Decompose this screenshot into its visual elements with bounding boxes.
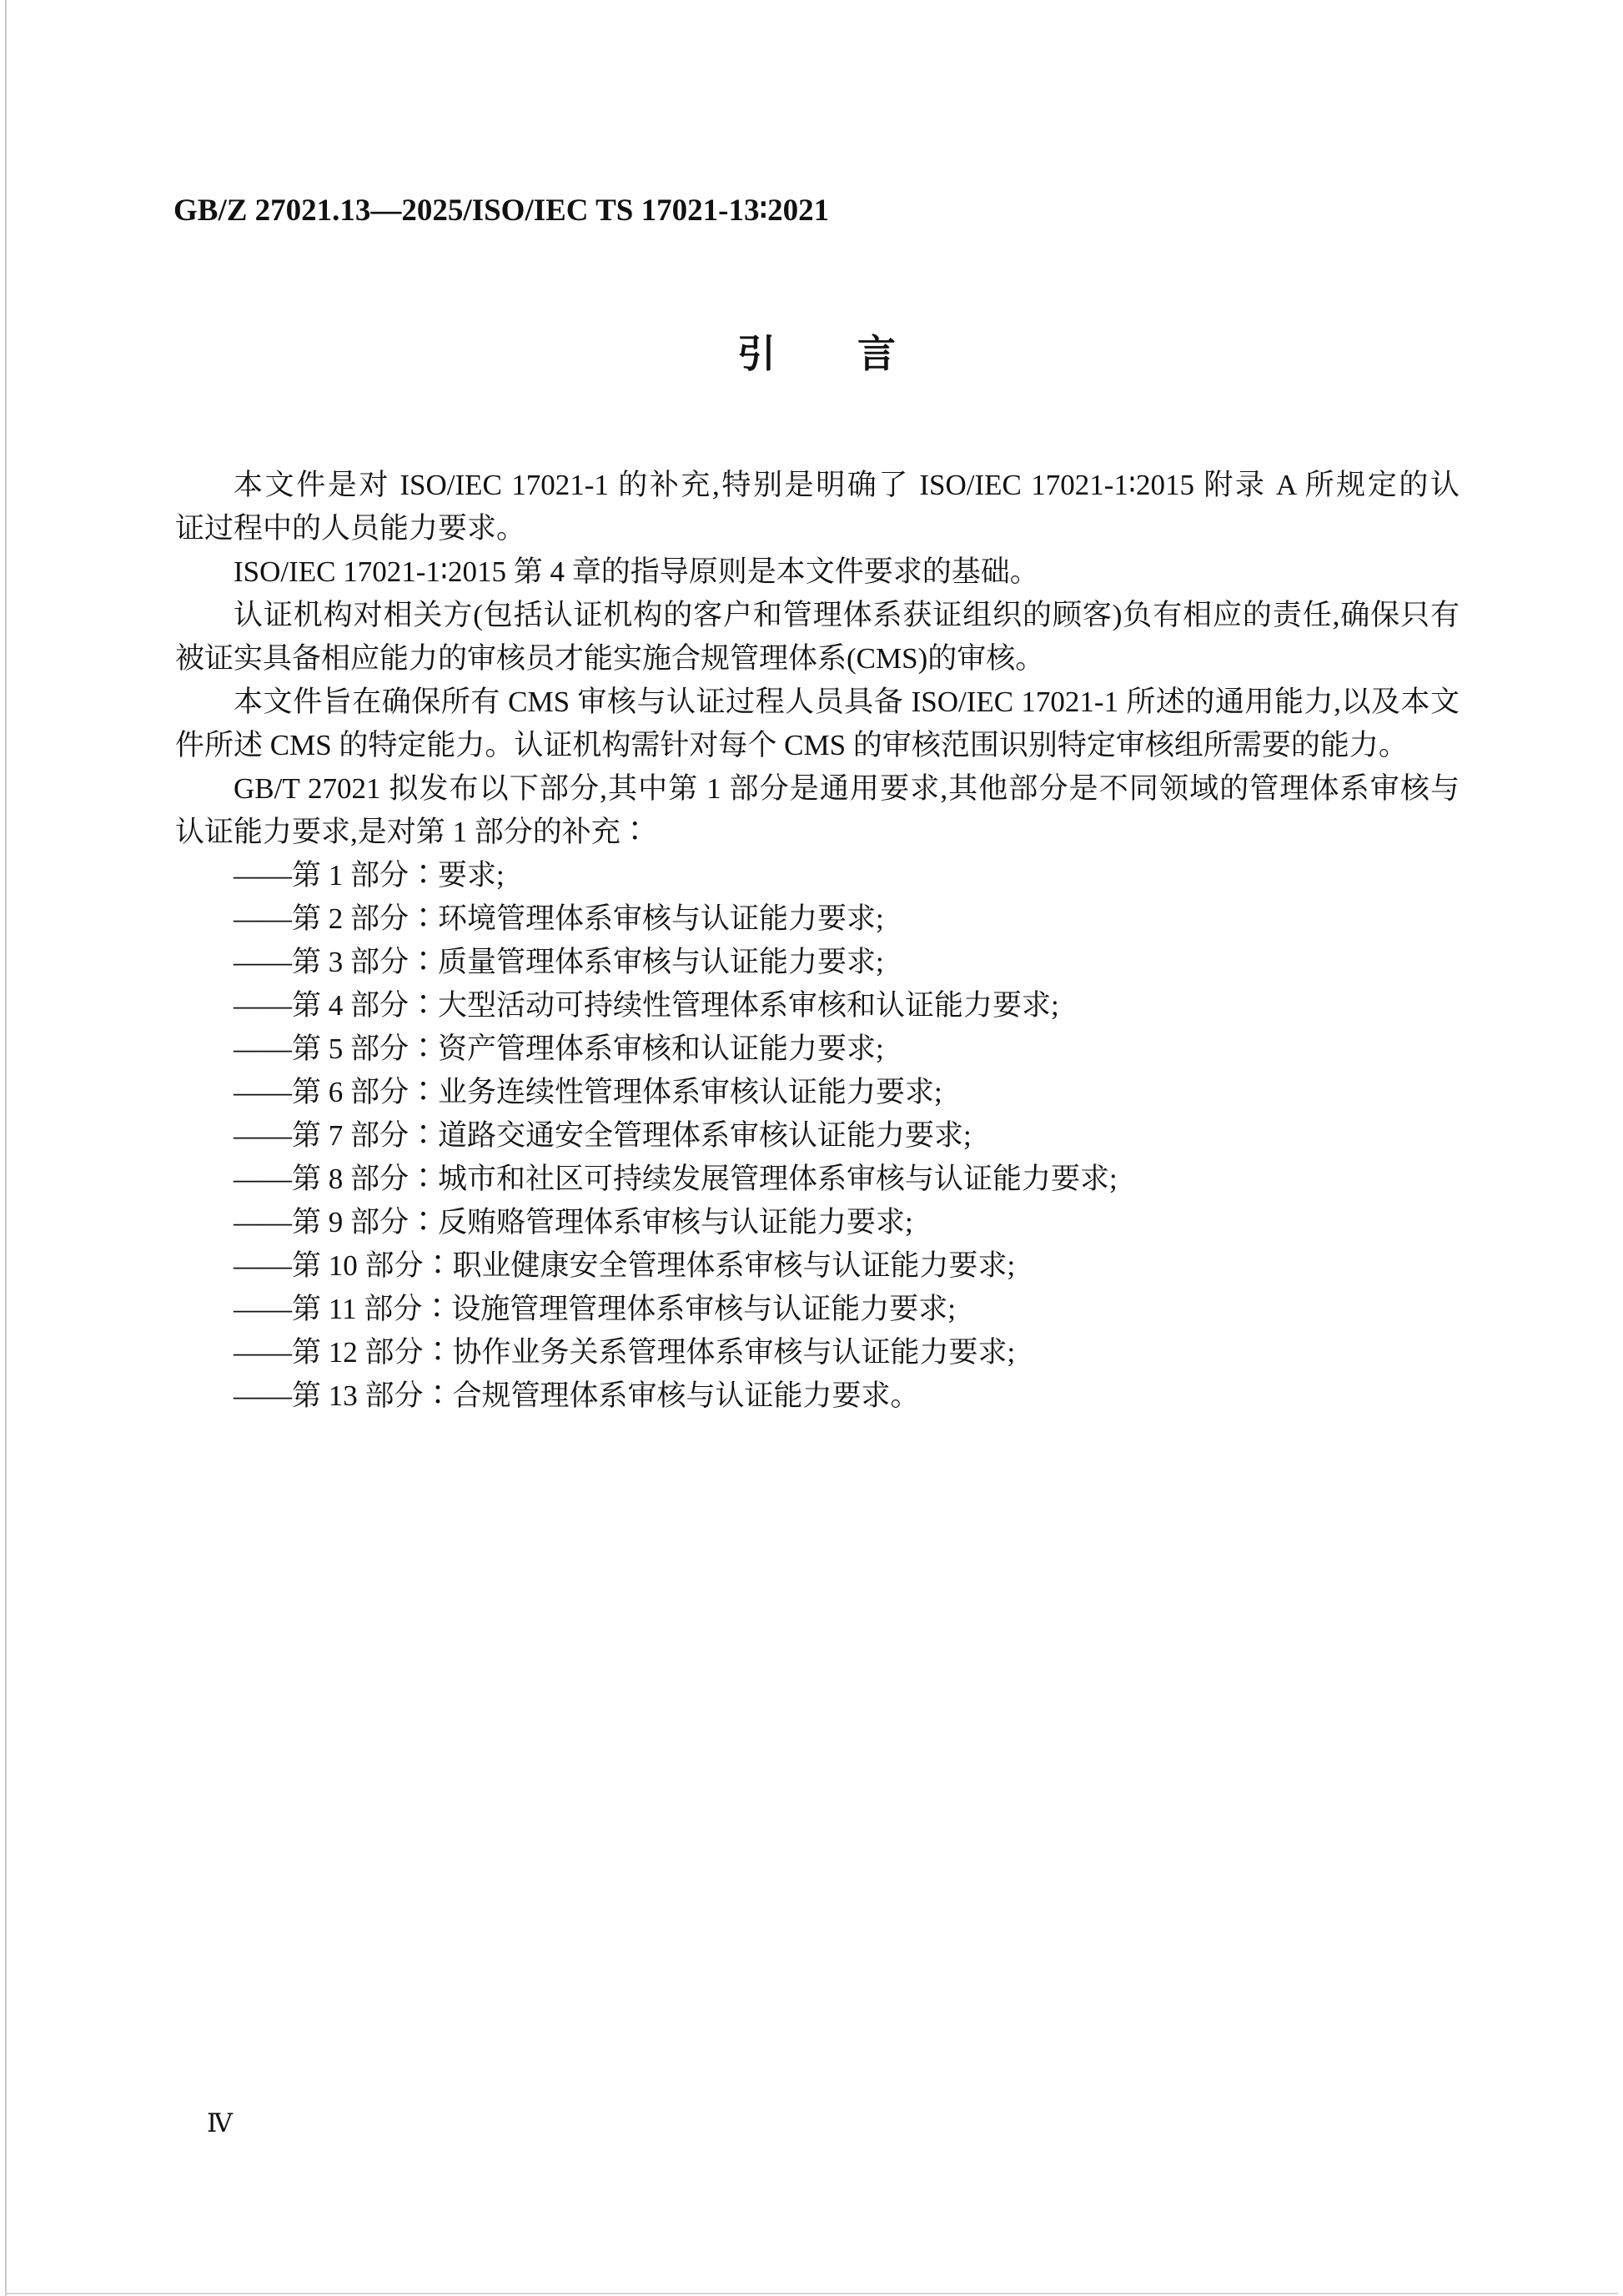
page-title: 引 言 bbox=[175, 324, 1460, 379]
list-item: ——第 1 部分∶要求; bbox=[175, 854, 1460, 897]
list-item: ——第 7 部分∶道路交通安全管理体系审核认证能力要求; bbox=[175, 1114, 1460, 1158]
list-item: ——第 3 部分∶质量管理体系审核与认证能力要求; bbox=[175, 941, 1460, 984]
paragraph: 本文件旨在确保所有 CMS 审核与认证过程人员具备 ISO/IEC 17021-… bbox=[175, 681, 1460, 767]
list-item: ——第 6 部分∶业务连续性管理体系审核认证能力要求; bbox=[175, 1071, 1460, 1114]
list-item: ——第 9 部分∶反贿赂管理体系审核与认证能力要求; bbox=[175, 1201, 1460, 1244]
list-item: ——第 5 部分∶资产管理体系审核和认证能力要求; bbox=[175, 1027, 1460, 1071]
document-code: GB/Z 27021.13—2025/ISO/IEC TS 17021-13∶2… bbox=[173, 192, 829, 229]
text-line: 被证实具备相应能力的审核员才能实施合规管理体系(CMS)的审核。 bbox=[175, 637, 1460, 681]
paragraph: ISO/IEC 17021-1∶2015 第 4 章的指导原则是本文件要求的基础… bbox=[175, 550, 1460, 594]
text-line: 认证能力要求,是对第 1 部分的补充∶ bbox=[175, 811, 1460, 854]
paragraph: 本文件是对 ISO/IEC 17021-1 的补充,特别是明确了 ISO/IEC… bbox=[175, 464, 1460, 550]
list-item: ——第 12 部分∶协作业务关系管理体系审核与认证能力要求; bbox=[175, 1331, 1460, 1374]
text-line: 证过程中的人员能力要求。 bbox=[175, 507, 1460, 550]
text-line: ISO/IEC 17021-1∶2015 第 4 章的指导原则是本文件要求的基础… bbox=[175, 550, 1460, 594]
list-item: ——第 4 部分∶大型活动可持续性管理体系审核和认证能力要求; bbox=[175, 984, 1460, 1027]
document-body: 本文件是对 ISO/IEC 17021-1 的补充,特别是明确了 ISO/IEC… bbox=[175, 464, 1460, 1418]
list-item: ——第 13 部分∶合规管理体系审核与认证能力要求。 bbox=[175, 1374, 1460, 1418]
list-item: ——第 8 部分∶城市和社区可持续发展管理体系审核与认证能力要求; bbox=[175, 1158, 1460, 1201]
page-number: Ⅳ bbox=[207, 2108, 233, 2138]
paragraph: GB/T 27021 拟发布以下部分,其中第 1 部分是通用要求,其他部分是不同… bbox=[175, 767, 1460, 854]
text-line: 本文件旨在确保所有 CMS 审核与认证过程人员具备 ISO/IEC 17021-… bbox=[175, 681, 1460, 724]
text-line: 认证机构对相关方(包括认证机构的客户和管理体系获证组织的顾客)负有相应的责任,确… bbox=[175, 594, 1460, 637]
document-page: GB/Z 27021.13—2025/ISO/IEC TS 17021-13∶2… bbox=[0, 0, 1623, 2296]
paragraph: 认证机构对相关方(包括认证机构的客户和管理体系获证组织的顾客)负有相应的责任,确… bbox=[175, 594, 1460, 681]
list-item: ——第 10 部分∶职业健康安全管理体系审核与认证能力要求; bbox=[175, 1244, 1460, 1288]
list-item: ——第 11 部分∶设施管理管理体系审核与认证能力要求; bbox=[175, 1288, 1460, 1331]
text-line: GB/T 27021 拟发布以下部分,其中第 1 部分是通用要求,其他部分是不同… bbox=[175, 767, 1460, 811]
scan-edge-bottom bbox=[5, 2293, 1618, 2294]
text-line: 件所述 CMS 的特定能力。认证机构需针对每个 CMS 的审核范围识别特定审核组… bbox=[175, 724, 1460, 767]
scan-edge-left bbox=[5, 0, 7, 2296]
list-item: ——第 2 部分∶环境管理体系审核与认证能力要求; bbox=[175, 897, 1460, 941]
text-line: 本文件是对 ISO/IEC 17021-1 的补充,特别是明确了 ISO/IEC… bbox=[175, 464, 1460, 507]
